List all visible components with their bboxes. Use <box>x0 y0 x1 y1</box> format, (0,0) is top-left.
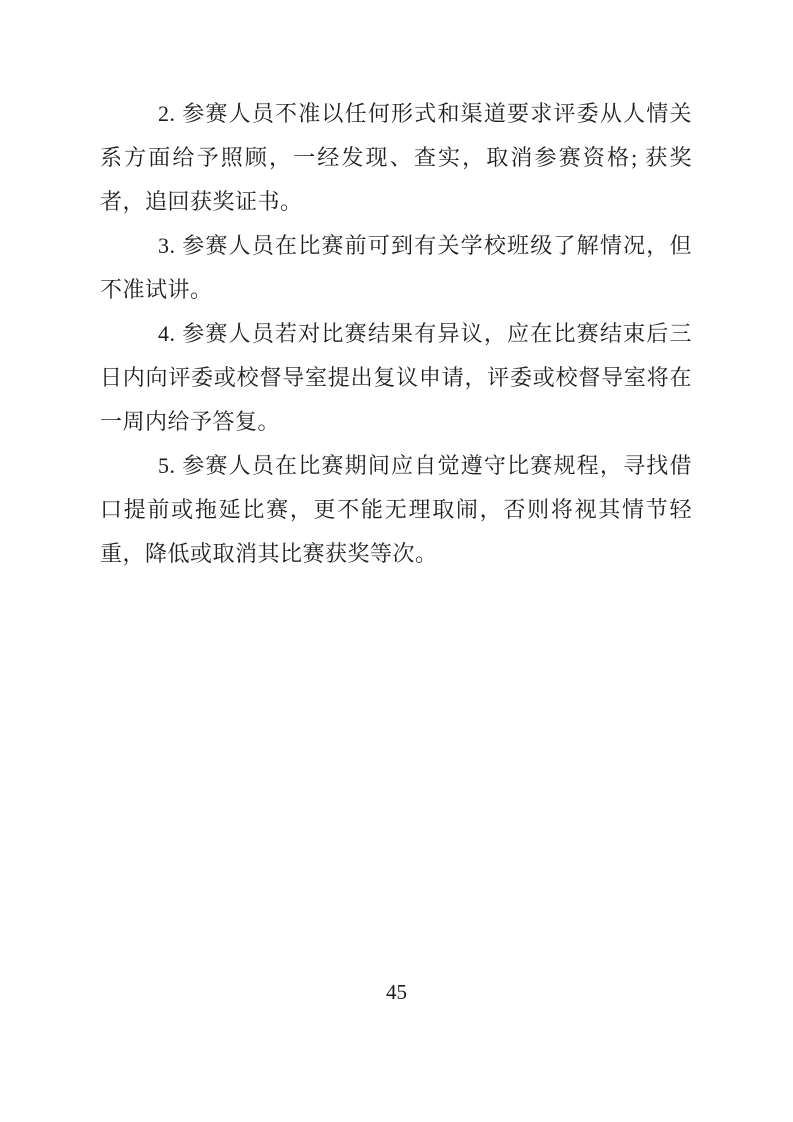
paragraph-rule-2: 2. 参赛人员不准以任何形式和渠道要求评委从人情关系方面给予照顾，一经发现、查实… <box>100 92 692 224</box>
paragraph-rule-4: 4. 参赛人员若对比赛结果有异议，应在比赛结束后三日内向评委或校督导室提出复议申… <box>100 312 692 444</box>
page-footer: 45 <box>0 980 793 1005</box>
paragraph-rule-3: 3. 参赛人员在比赛前可到有关学校班级了解情况，但不准试讲。 <box>100 224 692 312</box>
document-page: 2. 参赛人员不准以任何形式和渠道要求评委从人情关系方面给予照顾，一经发现、查实… <box>0 0 793 1122</box>
page-number: 45 <box>386 980 407 1004</box>
paragraph-rule-5: 5. 参赛人员在比赛期间应自觉遵守比赛规程，寻找借口提前或拖延比赛，更不能无理取… <box>100 444 692 576</box>
body-text: 2. 参赛人员不准以任何形式和渠道要求评委从人情关系方面给予照顾，一经发现、查实… <box>100 92 692 576</box>
